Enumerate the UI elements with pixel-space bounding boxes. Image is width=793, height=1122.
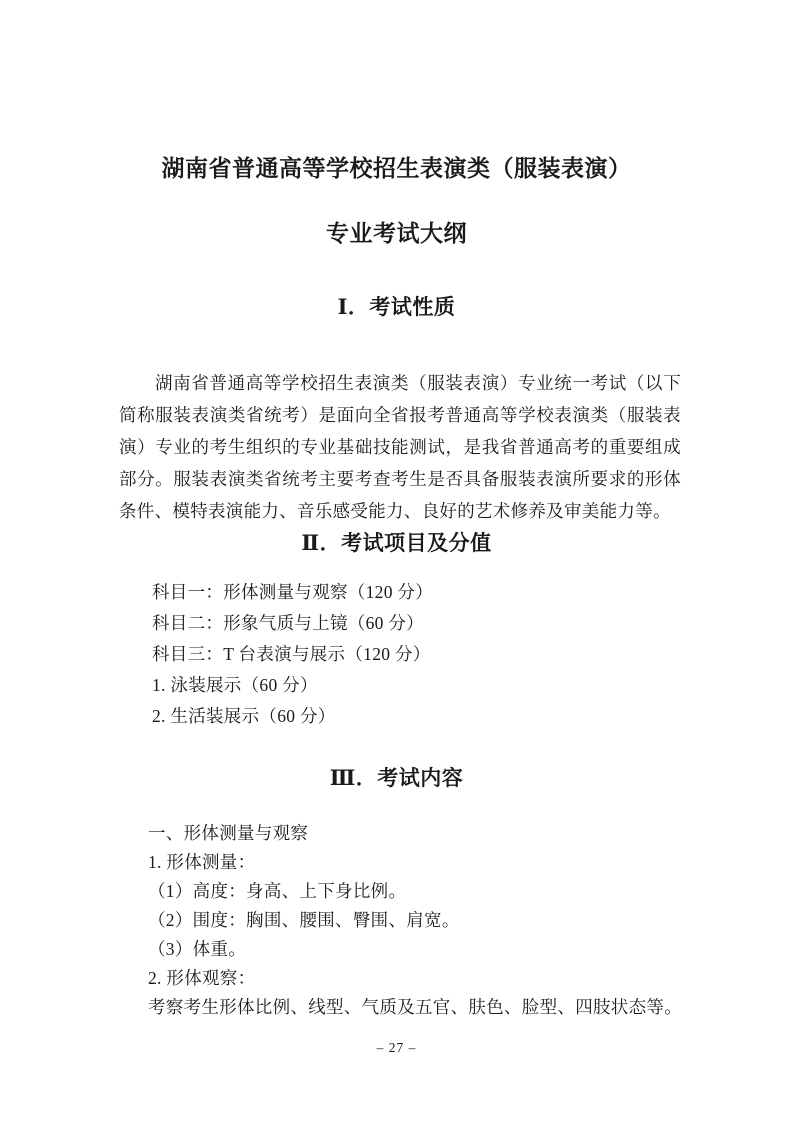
section2-item-list: 科目一：形体测量与观察（120 分） 科目二：形象气质与上镜（60 分） 科目三…: [152, 577, 682, 732]
section2-title: 考试项目及分值: [341, 532, 492, 555]
section3-item-list: 一、形体测量与观察 1. 形体测量： （1）高度：身高、上下身比例。 （2）围度…: [148, 819, 682, 1022]
list-item-subject2: 科目二：形象气质与上镜（60 分）: [152, 608, 682, 639]
document-title-line2: 专业考试大纲: [0, 215, 793, 248]
section1-heading: Ⅰ．考试性质: [0, 291, 793, 321]
section1-title: 考试性质: [369, 296, 455, 319]
list-item-observe-detail: 考察考生形体比例、线型、气质及五官、肤色、脸型、四肢状态等。: [148, 993, 682, 1022]
list-item-weight: （3）体重。: [148, 935, 682, 964]
section1-paragraph: 湖南省普通高等学校招生表演类（服装表演）专业统一考试（以下简称服装表演类省统考）…: [119, 367, 681, 527]
list-item-measure: 1. 形体测量：: [148, 848, 682, 877]
page-number: – 27 –: [0, 1040, 793, 1056]
section3-title: 考试内容: [377, 767, 463, 790]
list-item-subject3: 科目三：T 台表演与展示（120 分）: [152, 639, 682, 670]
list-item-height: （1）高度：身高、上下身比例。: [148, 877, 682, 906]
section3-numeral: Ⅲ．: [330, 766, 378, 790]
list-item-subject1: 科目一：形体测量与观察（120 分）: [152, 577, 682, 608]
list-item-part1: 一、形体测量与观察: [148, 819, 682, 848]
list-item-subject3-sub2: 2. 生活装展示（60 分）: [152, 701, 682, 732]
section3-heading: Ⅲ．考试内容: [0, 762, 793, 792]
list-item-girth: （2）围度：胸围、腰围、臀围、肩宽。: [148, 906, 682, 935]
document-page: 湖南省普通高等学校招生表演类（服装表演） 专业考试大纲 Ⅰ．考试性质 湖南省普通…: [0, 0, 793, 1122]
document-title-line1: 湖南省普通高等学校招生表演类（服装表演）: [0, 150, 793, 183]
section1-numeral: Ⅰ．: [338, 295, 370, 319]
section2-numeral: Ⅱ．: [301, 531, 341, 555]
section2-heading: Ⅱ．考试项目及分值: [0, 527, 793, 557]
list-item-observe: 2. 形体观察：: [148, 964, 682, 993]
list-item-subject3-sub1: 1. 泳装展示（60 分）: [152, 670, 682, 701]
